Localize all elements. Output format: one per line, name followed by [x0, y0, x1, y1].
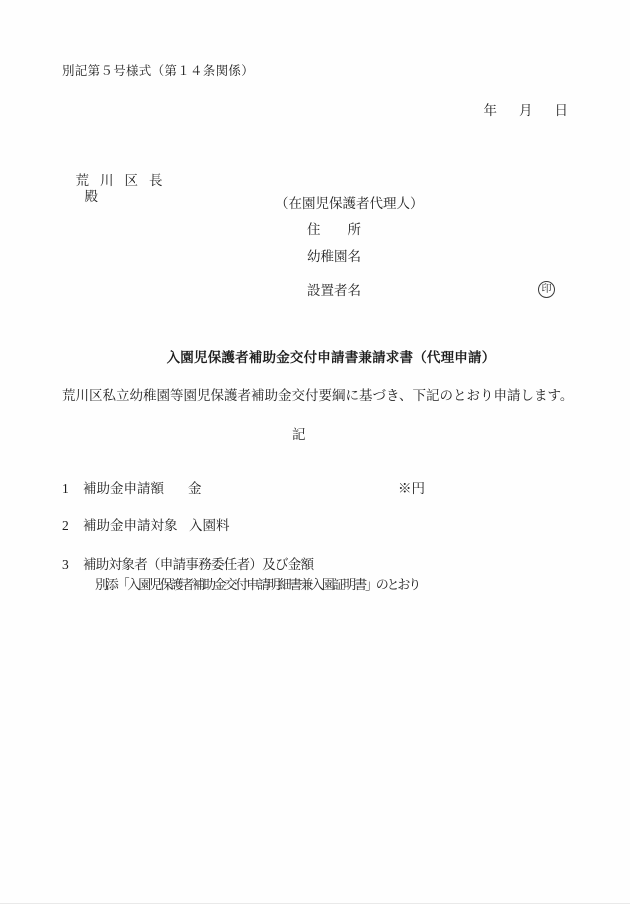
- date-year-label: 年: [484, 103, 498, 119]
- item-3-label: 補助対象者（申請事務委任者）及び金額: [83, 557, 313, 573]
- date-line: 年 月 日: [484, 103, 569, 119]
- address-field-label: 住 所: [307, 222, 361, 238]
- addressee-honorific: 殿: [85, 189, 99, 204]
- body-paragraph: 荒川区私立幼稚園等園児保護者補助金交付要綱に基づき、下記のとおり申請します。: [62, 388, 573, 404]
- addressee-line: 荒川区長 殿: [62, 157, 174, 222]
- agent-section-heading: （在園児保護者代理人）: [275, 196, 424, 212]
- document-title: 入園児保護者補助金交付申請書兼請求書（代理申請）: [0, 350, 630, 366]
- seal-mark-icon: 印: [538, 281, 555, 298]
- item-1-value: 金: [188, 481, 202, 497]
- item-1-number: 1: [62, 481, 69, 497]
- application-form-page: 別記第５号様式（第１４条関係） 年 月 日 荒川区長 殿 （在園児保護者代理人）…: [0, 0, 630, 904]
- item-2-label: 補助金申請対象: [83, 518, 178, 534]
- founder-name-field-label: 設置者名: [307, 283, 361, 299]
- item-2-value: 入園料: [189, 518, 230, 534]
- date-day-label: 日: [555, 103, 569, 119]
- date-month-label: 月: [519, 103, 533, 119]
- addressee-name: 荒川区長: [76, 173, 174, 188]
- item-1-label: 補助金申請額: [83, 481, 164, 497]
- item-1-unit: ※円: [398, 481, 425, 497]
- item-3-attachment-note: 別添「入園児保護者補助金交付申請明細書兼入園証明書」のとおり: [95, 577, 419, 593]
- form-number-note: 別記第５号様式（第１４条関係）: [62, 64, 254, 79]
- item-3-number: 3: [62, 557, 69, 573]
- kindergarten-name-field-label: 幼稚園名: [307, 249, 361, 265]
- item-2-number: 2: [62, 518, 69, 534]
- record-heading: 記: [292, 427, 306, 443]
